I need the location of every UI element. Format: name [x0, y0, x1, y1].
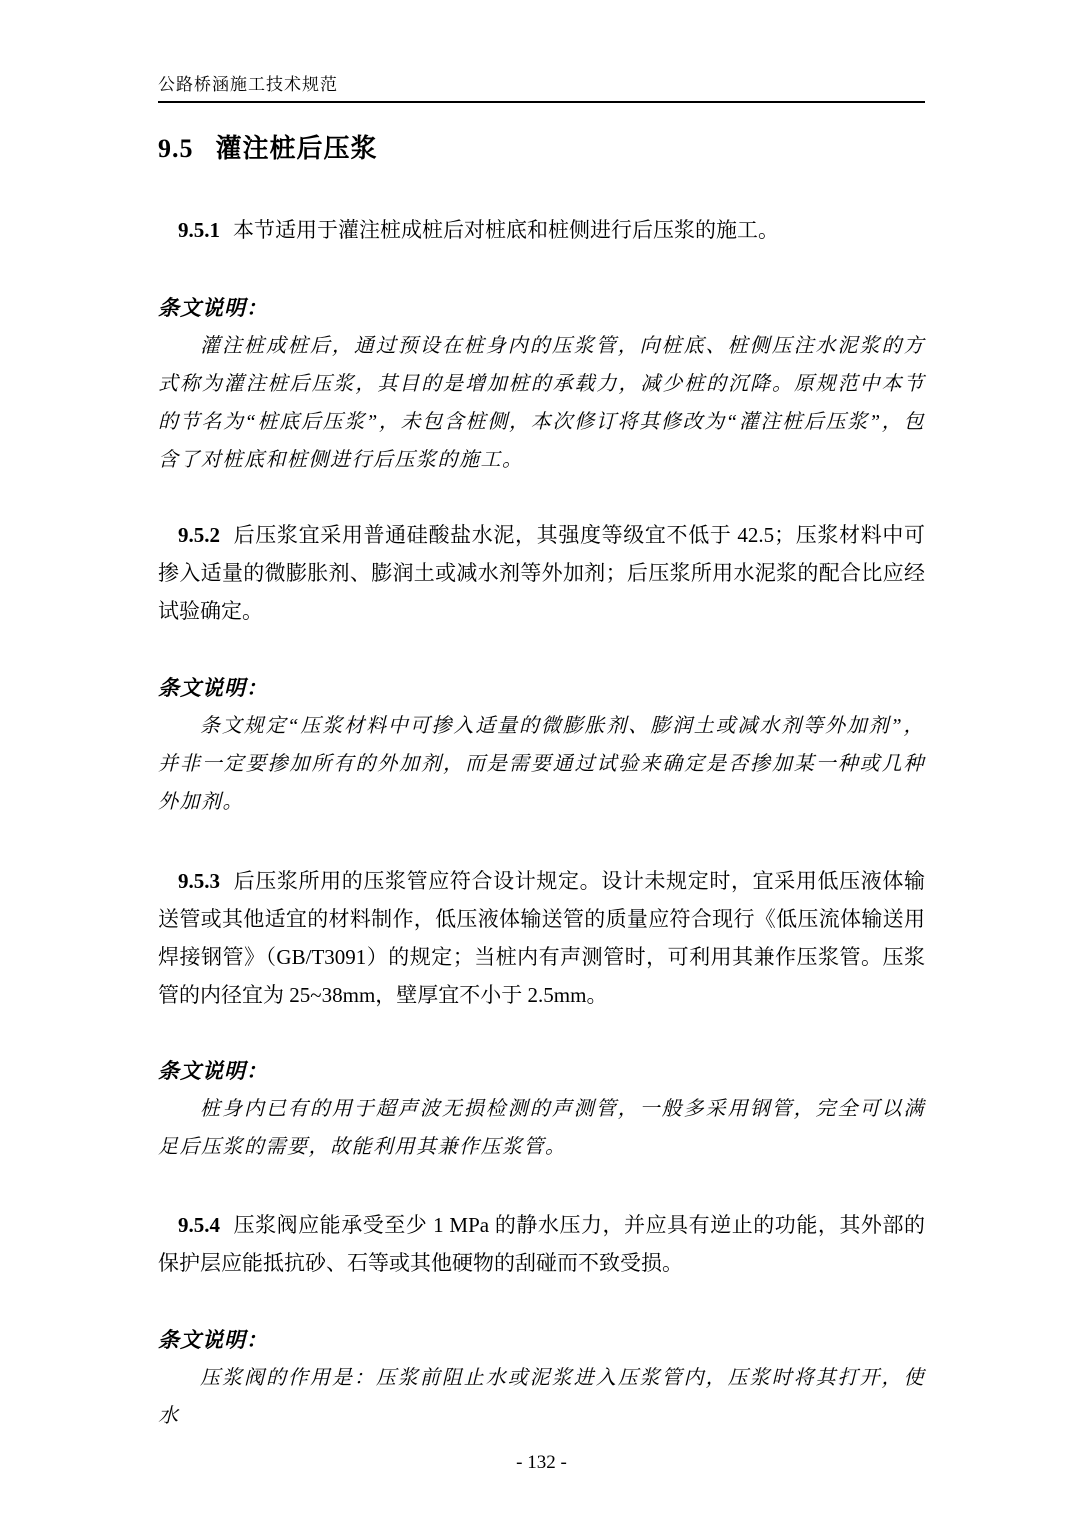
note-paragraph: 条文规定“压浆材料中可掺入适量的微膨胀剂、膨润土或减水剂等外加剂”，并非一定要掺… [158, 707, 925, 821]
clause-9-5-4: 9.5.4压浆阀应能承受至少 1 MPa 的静水压力，并应具有逆止的功能，其外部… [158, 1206, 925, 1282]
clause-9-5-2: 9.5.2后压浆宜采用普通硅酸盐水泥，其强度等级宜不低于 42.5；压浆材料中可… [158, 516, 925, 630]
clause-text: 后压浆所用的压浆管应符合设计规定。设计未规定时，宜采用低压液体输送管或其他适宜的… [158, 869, 925, 1007]
clause-number: 9.5.1 [178, 218, 220, 242]
document-page: 公路桥涵施工技术规范 9.5灌注桩后压浆 9.5.1本节适用于灌注桩成桩后对桩底… [0, 0, 1074, 1520]
clause-number: 9.5.4 [178, 1213, 220, 1237]
note-paragraph: 灌注桩成桩后，通过预设在桩身内的压浆管，向桩底、桩侧压注水泥浆的方式称为灌注桩后… [158, 327, 925, 479]
clause-number: 9.5.3 [178, 869, 220, 893]
note-paragraph: 压浆阀的作用是：压浆前阻止水或泥浆进入压浆管内，压浆时将其打开，使水 [158, 1359, 925, 1435]
section-title: 9.5灌注桩后压浆 [158, 131, 925, 167]
note-label: 条文说明： [158, 1321, 925, 1359]
clause-9-5-3: 9.5.3后压浆所用的压浆管应符合设计规定。设计未规定时，宜采用低压液体输送管或… [158, 862, 925, 1014]
note-paragraph: 桩身内已有的用于超声波无损检测的声测管，一般多采用钢管，完全可以满足后压浆的需要… [158, 1090, 925, 1166]
clause-text: 后压浆宜采用普通硅酸盐水泥，其强度等级宜不低于 42.5；压浆材料中可掺入适量的… [158, 523, 925, 623]
note-label: 条文说明： [158, 289, 925, 327]
clause-text: 压浆阀应能承受至少 1 MPa 的静水压力，并应具有逆止的功能，其外部的保护层应… [158, 1213, 925, 1275]
clause-text: 本节适用于灌注桩成桩后对桩底和桩侧进行后压浆的施工。 [233, 218, 779, 242]
clause-number: 9.5.2 [178, 523, 220, 547]
running-header: 公路桥涵施工技术规范 [158, 74, 925, 103]
page-number: - 132 - [158, 1451, 925, 1475]
note-label: 条文说明： [158, 1052, 925, 1090]
note-label: 条文说明： [158, 669, 925, 707]
section-number: 9.5 [158, 134, 194, 163]
clause-9-5-1: 9.5.1本节适用于灌注桩成桩后对桩底和桩侧进行后压浆的施工。 [158, 211, 925, 249]
running-header-text: 公路桥涵施工技术规范 [158, 75, 338, 94]
section-title-text: 灌注桩后压浆 [216, 134, 378, 163]
